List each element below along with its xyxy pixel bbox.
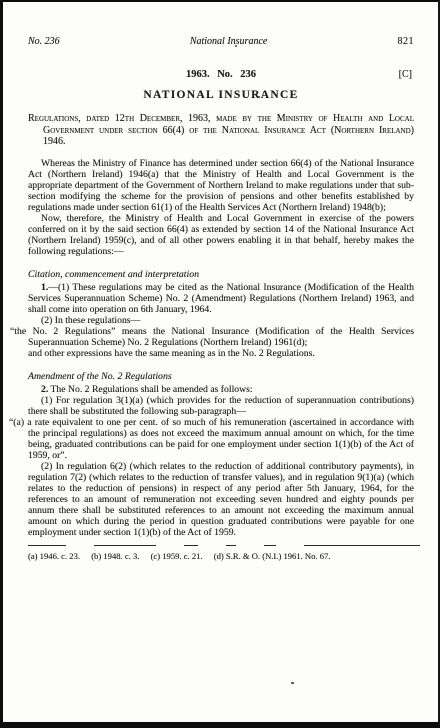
amendment-heading: Amendment of the No. 2 Regulations (28, 371, 414, 382)
category-mark: [C] (399, 69, 412, 80)
document-title: NATIONAL INSURANCE (28, 89, 414, 101)
regulation-2-subparagraph-a: “(a) a rate equivalent to one per cent. … (28, 417, 414, 461)
regulation-2-paragraph-2: (2) In regulation 6(2) (which relates to… (28, 461, 414, 538)
footnote-c: (c) 1959. c. 21. (151, 551, 203, 561)
citation-heading: Citation, commencement and interpretatio… (28, 269, 414, 280)
issue-line: 1963. No. 236 [C] (28, 69, 414, 80)
footnote-d: (d) S.R. & O. (N.I.) 1961. No. 67. (214, 551, 331, 561)
running-header-title: National Insurance (190, 36, 268, 47)
scan-speck (258, 96, 260, 98)
footnote-a: (a) 1946. c. 23. (28, 551, 80, 561)
regulation-1-paragraph-1-text: —(1) These regulations may be cited as t… (28, 282, 414, 315)
regulation-2-intro-text: The No. 2 Regulations shall be amended a… (48, 384, 252, 395)
footnote-b: (b) 1948. c. 3. (91, 551, 139, 561)
page-number: 821 (397, 36, 414, 47)
now-therefore-paragraph: Now, therefore, the Ministry of Health a… (28, 213, 414, 257)
regulation-2-paragraph-1: (1) For regulation 3(1)(a) (which provid… (28, 395, 414, 417)
scan-speck (407, 420, 409, 422)
regulation-1-definition: “the No. 2 Regulations” means the Nation… (28, 326, 414, 348)
page-content: No. 236 National Insurance 821 1963. No.… (3, 2, 438, 722)
scan-speck (235, 45, 237, 47)
scan-speck (291, 682, 294, 684)
regulation-1-paragraph-2-intro: (2) In these regulations— (28, 315, 414, 326)
scanned-page: No. 236 National Insurance 821 1963. No.… (0, 0, 440, 728)
footnotes: (a) 1946. c. 23. (b) 1948. c. 3. (c) 195… (28, 551, 414, 561)
preamble: Regulations, dated 12th December, 1963, … (28, 113, 414, 148)
issue-number: 1963. No. 236 (186, 69, 256, 80)
footnote-rule (28, 545, 420, 547)
running-header-number: No. 236 (28, 36, 60, 47)
regulation-2-intro: 2. The No. 2 Regulations shall be amende… (28, 384, 414, 395)
whereas-paragraph: Whereas the Ministry of Finance has dete… (28, 158, 414, 213)
running-header: No. 236 National Insurance 821 (28, 36, 414, 47)
regulation-1-paragraph-1: 1.—(1) These regulations may be cited as… (28, 282, 414, 315)
regulation-1-paragraph-2-tail: and other expressions have the same mean… (28, 348, 414, 359)
